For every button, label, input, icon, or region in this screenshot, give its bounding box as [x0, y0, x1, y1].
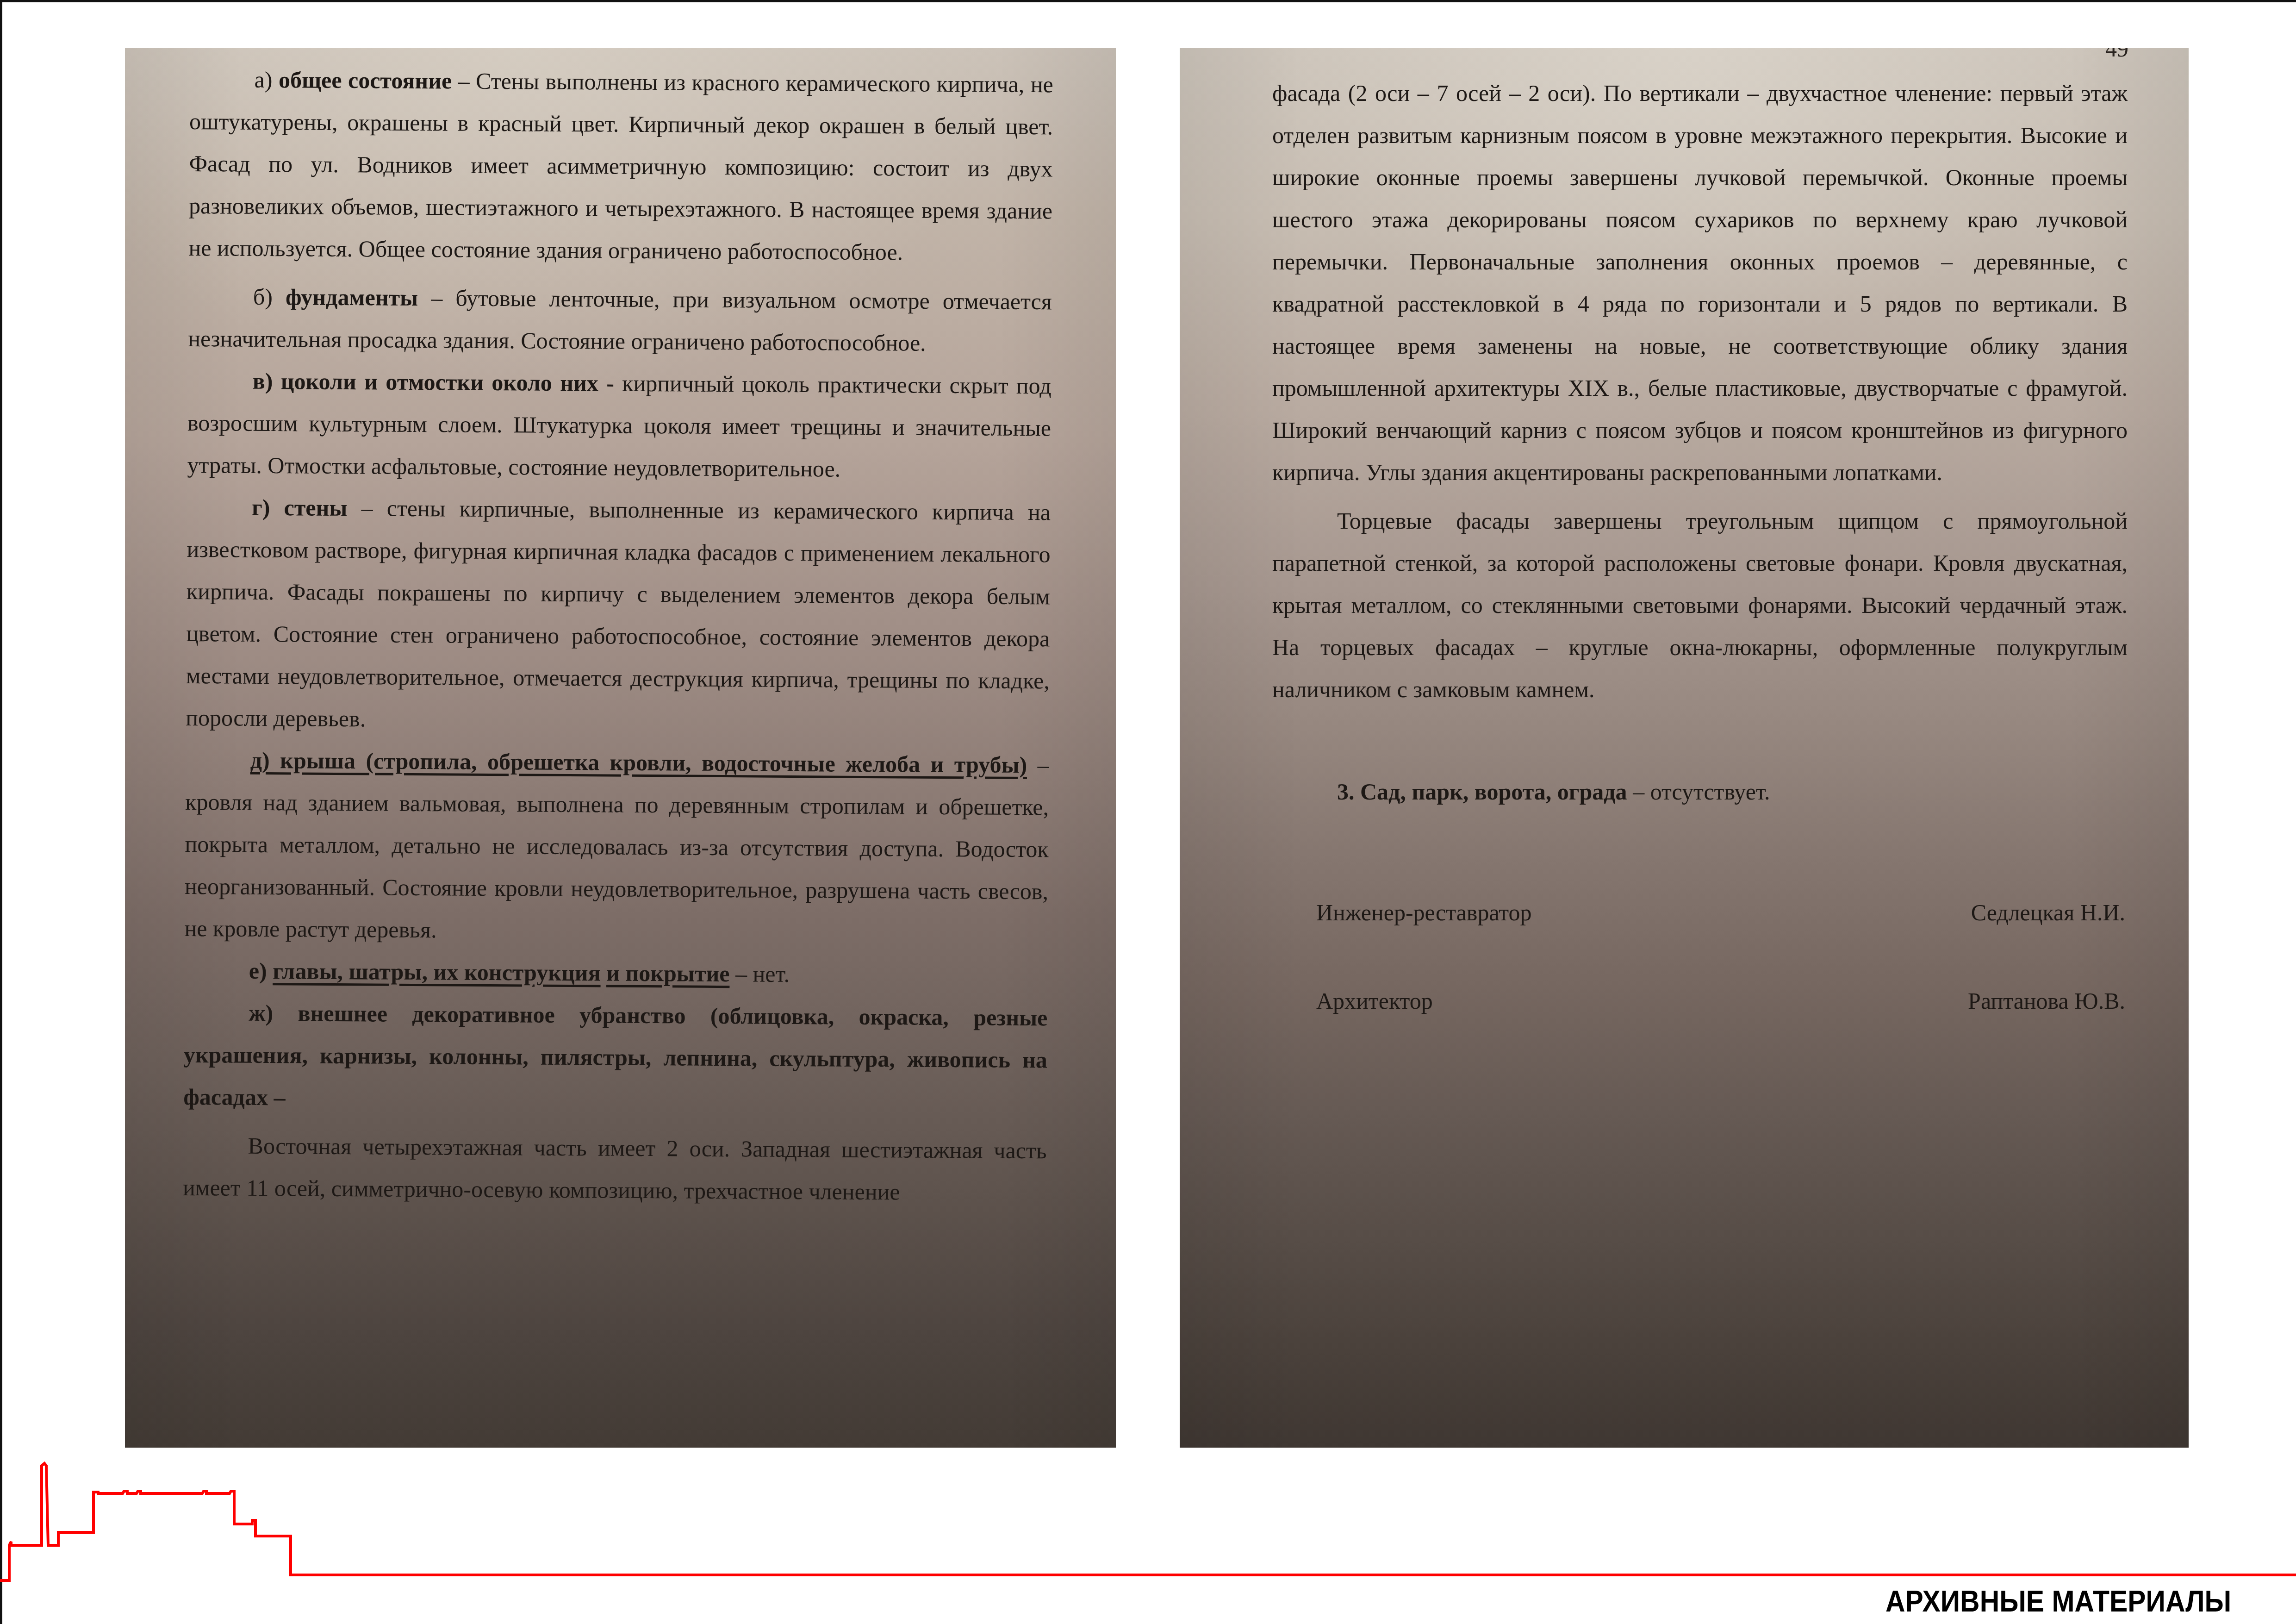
item-heading: внешнее декоративное убранство (облицовк… — [183, 1000, 1047, 1110]
item-text: – стены кирпичные, выполненные из керами… — [186, 495, 1051, 731]
paragraph-facade-description: фасада (2 оси – 7 осей – 2 оси). По верт… — [1272, 72, 2128, 493]
paragraph-plinths: в) цоколи и отмостки около них - кирпичн… — [187, 360, 1052, 491]
item-label: б) — [253, 284, 286, 310]
paragraph-foundations: б) фундаменты – бутовые ленточные, при в… — [188, 275, 1052, 365]
signature-role: Архитектор — [1316, 980, 1433, 1022]
item-heading: главы, шатры, их конструкция — [273, 958, 601, 986]
item-label: д) — [250, 747, 280, 773]
paragraph-decoration: ж) внешнее декоративное убранство (облиц… — [183, 992, 1048, 1123]
item-label: ж) — [249, 1000, 298, 1026]
signature-name: Седлецкая Н.И. — [1971, 892, 2125, 934]
item-label: е) — [249, 958, 273, 984]
right-page-text: фасада (2 оси – 7 осей – 2 оси). По верт… — [1272, 72, 2128, 1022]
paragraph-domes: е) главы, шатры, их конструкция и покрыт… — [184, 949, 1048, 997]
item-text: – кровля над зданием вальмовая, выполнен… — [184, 752, 1049, 943]
archive-photo-left: а) общее состояние – Стены выполнены из … — [125, 48, 1116, 1448]
item-text: – Стены выполнены из красного керамическ… — [188, 68, 1053, 265]
item-label: а) — [255, 67, 279, 93]
paragraph-east-west-parts: Восточная четырехэтажная часть имеет 2 о… — [183, 1124, 1047, 1214]
paragraph-end-facades: Торцевые фасады завершены треугольным щи… — [1272, 500, 2128, 711]
item-text: Восточная четырехэтажная часть имеет 2 о… — [183, 1133, 1047, 1205]
signature-role: Инженер-реставратор — [1316, 892, 1532, 934]
section-3-garden: 3. Сад, парк, ворота, ограда – отсутству… — [1272, 771, 2128, 813]
item-heading: стены — [284, 494, 347, 521]
item-label: в) — [253, 368, 281, 394]
item-heading: общее состояние — [279, 67, 452, 94]
item-heading: фундаменты — [286, 284, 418, 311]
sheet-title: АРХИВНЫЕ МАТЕРИАЛЫ — [1885, 1584, 2231, 1618]
archive-photo-right: 49 фасада (2 оси – 7 осей – 2 оси). По в… — [1180, 48, 2189, 1448]
left-page-text: а) общее состояние – Стены выполнены из … — [183, 58, 1053, 1214]
page-number: 49 — [2105, 48, 2128, 62]
paragraph-walls: г) стены – стены кирпичные, выполненные … — [186, 486, 1051, 744]
item-heading: крыша (стропила, обрешетка кровли, водос… — [280, 747, 1027, 778]
skyline-outline-icon — [0, 1454, 2296, 1593]
paragraph-roof: д) крыша (стропила, обрешетка кровли, во… — [184, 739, 1049, 955]
item-label: г) — [252, 494, 284, 520]
paragraph-general-condition: а) общее состояние – Стены выполнены из … — [188, 58, 1053, 274]
signature-row: Инженер-реставратор Седлецкая Н.И. — [1272, 892, 2128, 934]
item-heading: цоколи и отмостки около них - — [281, 368, 614, 396]
section-heading: 3. Сад, парк, ворота, ограда — [1337, 779, 1627, 805]
signature-row: Архитектор Раптанова Ю.В. — [1272, 980, 2128, 1022]
section-text: – отсутствует. — [1627, 779, 1770, 805]
signature-name: Раптанова Ю.В. — [1968, 980, 2125, 1022]
item-text: – нет. — [729, 961, 790, 987]
item-heading-secondary: и покрытие — [606, 960, 730, 987]
